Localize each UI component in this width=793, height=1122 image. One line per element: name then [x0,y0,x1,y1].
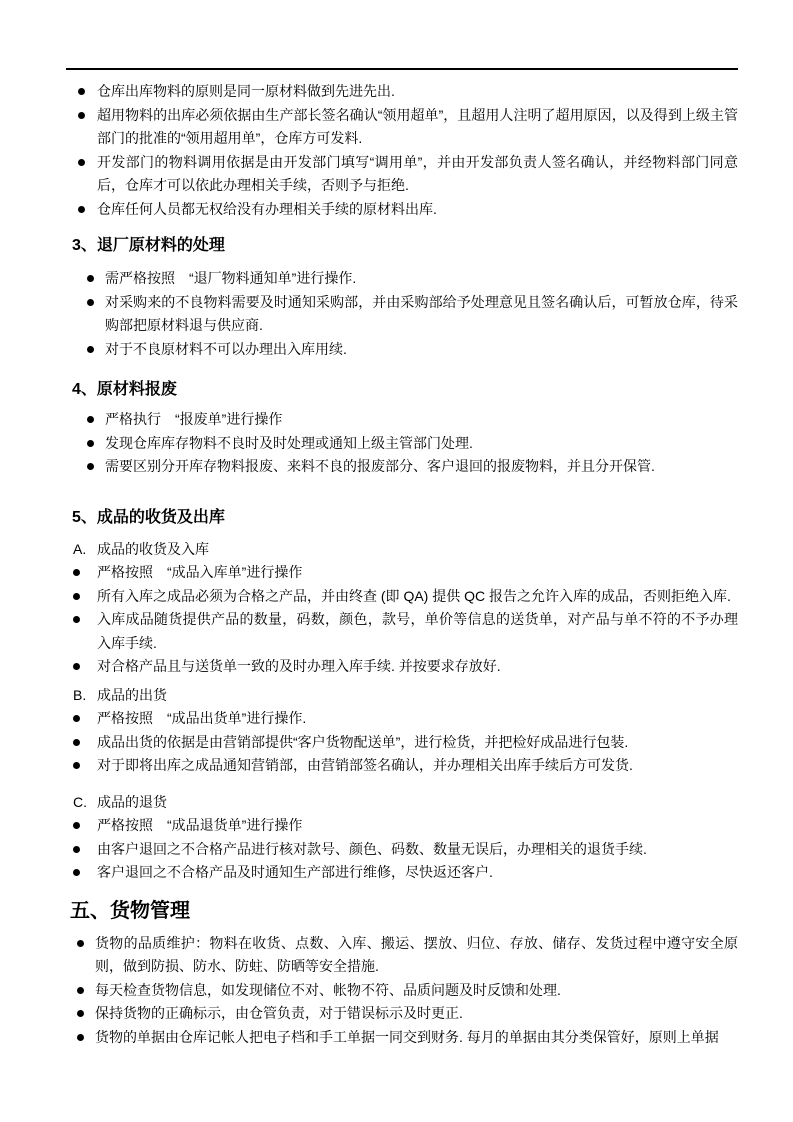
list-item: 对于即将出库之成品通知营销部，由营销部签名确认，并办理相关出库手续后方可发货. [66,754,738,778]
list-item: 对于不良原材料不可以办理出入库用续. [66,338,738,362]
list-item-text: 发现仓库库存物料不良时及时处理或通知上级主管部门处理. [105,432,738,456]
top-divider [66,68,738,70]
bullet-list: 严格执行 “报废单”进行操作发现仓库库存物料不良时及时处理或通知上级主管部门处理… [66,408,738,479]
lettered-item-text: 成品的出货 [97,687,167,703]
list-item: 仓库任何人员都无权给没有办理相关手续的原材料出库. [66,198,738,222]
list-item-text: 保持货物的正确标示，由仓管负责，对于错误标示及时更正. [95,1002,738,1026]
bullet-icon [87,463,94,470]
letter-marker: A. [73,538,86,562]
bullet-icon [78,159,85,166]
bullet-icon [73,715,80,722]
section-heading: 4、原材料报废 [66,378,738,401]
list-item-text: 每天检查货物信息，如发现储位不对、帐物不符、品质问题及时反馈和处理. [95,979,738,1003]
list-item-text: 仓库出库物料的原则是同一原材料做到先进先出. [97,80,738,104]
list-item: 由客户退回之不合格产品进行核对款号、颜色、码数、数量无误后，办理相关的退货手续. [66,838,738,862]
bullet-icon [77,987,84,994]
list-item: 严格按照 “成品出货单”进行操作. [66,707,738,731]
bullet-icon [87,440,94,447]
list-item-text: 严格按照 “成品入库单”进行操作 [97,561,738,585]
lettered-item-text: 成品的退货 [97,794,167,810]
list-item-text: 所有入库之成品必须为合格之产品，并由终查 (即 QA) 提供 QC 报告之允许入… [97,585,738,609]
bullet-icon [73,569,80,576]
section-heading: 3、退厂原材料的处理 [66,234,738,257]
list-item-text: 对于不良原材料不可以办理出入库用续. [105,338,738,362]
bullet-icon [77,1034,84,1041]
bullet-list: 货物的品质维护：物料在收货、点数、入库、搬运、摆放、归位、存放、储存、发货过程中… [66,932,738,1050]
bullet-icon [73,663,80,670]
list-item-text: 入库成品随货提供产品的数量，码数，颜色，款号，单价等信息的送货单，对产品与单不符… [97,608,738,655]
bullet-icon [73,739,80,746]
lettered-item: A.成品的收货及入库 [66,538,738,562]
list-item: 所有入库之成品必须为合格之产品，并由终查 (即 QA) 提供 QC 报告之允许入… [66,585,738,609]
list-item-text: 成品出货的依据是由营销部提供“客户货物配送单”，进行检货，并把检好成品进行包装. [97,731,738,755]
list-item-text: 货物的单据由仓库记帐人把电子档和手工单据一同交到财务. 每月的单据由其分类保管好… [95,1026,738,1050]
list-item-text: 对采购来的不良物料需要及时通知采购部，并由采购部给予处理意见且签名确认后，可暂放… [105,291,738,338]
bullet-icon [78,112,85,119]
bullet-icon [73,869,80,876]
letter-marker: C. [73,791,87,815]
list-item-text: 超用物料的出库必须依据由生产部长签名确认“领用超单”，且超用人注明了超用原因，以… [97,104,738,151]
list-item: 成品出货的依据是由营销部提供“客户货物配送单”，进行检货，并把检好成品进行包装. [66,731,738,755]
lettered-item-text: 成品的收货及入库 [97,541,209,557]
list-item: 发现仓库库存物料不良时及时处理或通知上级主管部门处理. [66,432,738,456]
bullet-icon [73,616,80,623]
list-item-text: 开发部门的物料调用依据是由开发部门填写“调用单”，并由开发部负责人签名确认，并经… [97,151,738,198]
document-content: 仓库出库物料的原则是同一原材料做到先进先出.超用物料的出库必须依据由生产部长签名… [66,0,738,1049]
list-item-text: 客户退回之不合格产品及时通知生产部进行维修，尽快返还客户. [97,861,738,885]
list-item-text: 仓库任何人员都无权给没有办理相关手续的原材料出库. [97,198,738,222]
lettered-item: B.成品的出货 [66,684,738,708]
list-item: 客户退回之不合格产品及时通知生产部进行维修，尽快返还客户. [66,861,738,885]
section-heading: 5、成品的收货及出库 [66,506,738,529]
lettered-item: C.成品的退货 [66,791,738,815]
list-item: 需严格按照 “退厂物料通知单”进行操作. [66,267,738,291]
bullet-icon [87,346,94,353]
bullet-list: 严格按照 “成品退货单”进行操作由客户退回之不合格产品进行核对款号、颜色、码数、… [66,814,738,885]
bullet-icon [73,822,80,829]
list-item: 保持货物的正确标示，由仓管负责，对于错误标示及时更正. [66,1002,738,1026]
list-item: 仓库出库物料的原则是同一原材料做到先进先出. [66,80,738,104]
bullet-icon [73,846,80,853]
bullet-list: 仓库出库物料的原则是同一原材料做到先进先出.超用物料的出库必须依据由生产部长签名… [66,80,738,221]
list-item-text: 严格按照 “成品出货单”进行操作. [97,707,738,731]
list-item: 严格按照 “成品退货单”进行操作 [66,814,738,838]
list-item-text: 需严格按照 “退厂物料通知单”进行操作. [105,267,738,291]
list-item-text: 货物的品质维护：物料在收货、点数、入库、搬运、摆放、归位、存放、储存、发货过程中… [95,932,738,979]
bullet-icon [87,275,94,282]
bullet-list: 需严格按照 “退厂物料通知单”进行操作.对采购来的不良物料需要及时通知采购部，并… [66,267,738,361]
list-item-text: 需要区别分开库存物料报废、来料不良的报废部分、客户退回的报废物料，并且分开保管. [105,455,738,479]
bullet-icon [78,206,85,213]
list-item: 对采购来的不良物料需要及时通知采购部，并由采购部给予处理意见且签名确认后，可暂放… [66,291,738,338]
list-item-text: 由客户退回之不合格产品进行核对款号、颜色、码数、数量无误后，办理相关的退货手续. [97,838,738,862]
list-item: 入库成品随货提供产品的数量，码数，颜色，款号，单价等信息的送货单，对产品与单不符… [66,608,738,655]
bullet-icon [87,299,94,306]
list-item: 超用物料的出库必须依据由生产部长签名确认“领用超单”，且超用人注明了超用原因，以… [66,104,738,151]
list-item: 严格执行 “报废单”进行操作 [66,408,738,432]
section-heading: 五、货物管理 [66,898,738,925]
bullet-icon [73,593,80,600]
list-item-text: 严格按照 “成品退货单”进行操作 [97,814,738,838]
bullet-icon [77,940,84,947]
bullet-icon [77,1010,84,1017]
letter-marker: B. [73,684,86,708]
list-item: 严格按照 “成品入库单”进行操作 [66,561,738,585]
bullet-icon [78,88,85,95]
list-item: 货物的品质维护：物料在收货、点数、入库、搬运、摆放、归位、存放、储存、发货过程中… [66,932,738,979]
bullet-list: 严格按照 “成品入库单”进行操作所有入库之成品必须为合格之产品，并由终查 (即 … [66,561,738,679]
list-item: 对合格产品且与送货单一致的及时办理入库手续. 并按要求存放好. [66,655,738,679]
list-item: 需要区别分开库存物料报废、来料不良的报废部分、客户退回的报废物料，并且分开保管. [66,455,738,479]
bullet-list: 严格按照 “成品出货单”进行操作.成品出货的依据是由营销部提供“客户货物配送单”… [66,707,738,778]
list-item-text: 对于即将出库之成品通知营销部，由营销部签名确认，并办理相关出库手续后方可发货. [97,754,738,778]
document-page: 仓库出库物料的原则是同一原材料做到先进先出.超用物料的出库必须依据由生产部长签名… [0,0,793,1122]
bullet-icon [87,416,94,423]
list-item: 每天检查货物信息，如发现储位不对、帐物不符、品质问题及时反馈和处理. [66,979,738,1003]
list-item: 货物的单据由仓库记帐人把电子档和手工单据一同交到财务. 每月的单据由其分类保管好… [66,1026,738,1050]
list-item-text: 对合格产品且与送货单一致的及时办理入库手续. 并按要求存放好. [97,655,738,679]
bullet-icon [73,762,80,769]
list-item: 开发部门的物料调用依据是由开发部门填写“调用单”，并由开发部负责人签名确认，并经… [66,151,738,198]
list-item-text: 严格执行 “报废单”进行操作 [105,408,738,432]
